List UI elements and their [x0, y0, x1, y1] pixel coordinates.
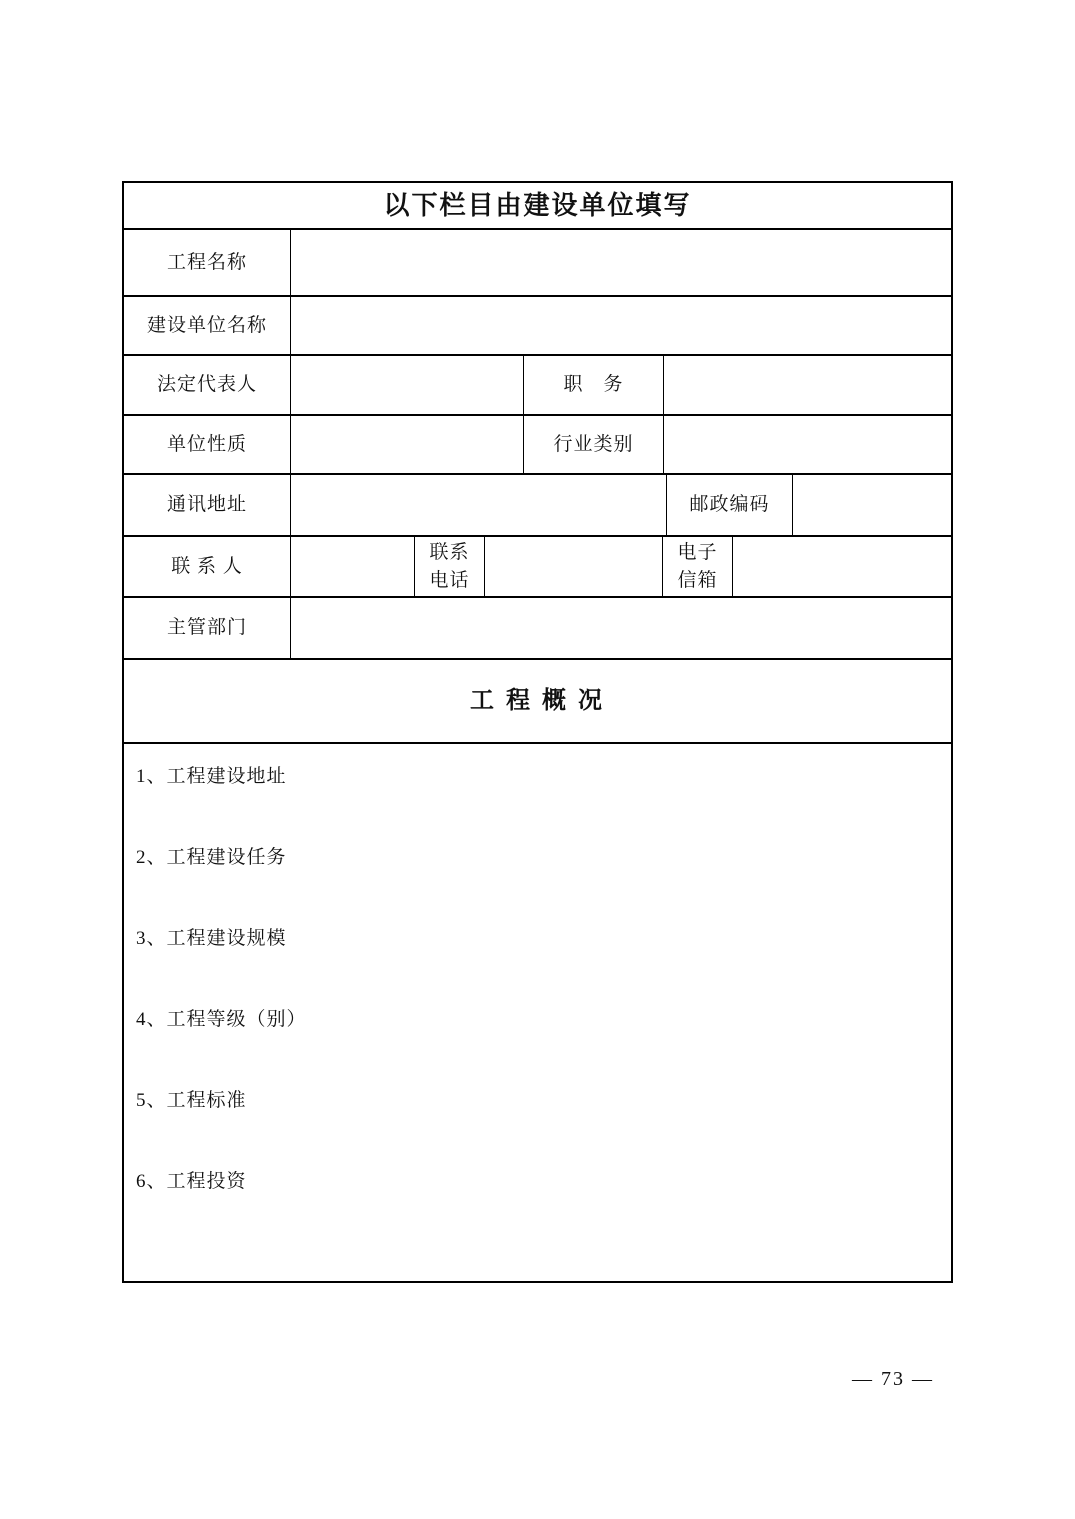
overview-header-row: 工 程 概 况: [124, 658, 951, 742]
page-number: — 73 —: [828, 1368, 958, 1391]
mailing-address-value-cell: [290, 475, 666, 535]
overview-item-4: 4、工程等级（别）: [136, 1009, 937, 1090]
contact-phone-label: 联系 电话: [414, 537, 484, 596]
supervising-department-label: 主管部门: [124, 598, 290, 658]
overview-item-5: 5、工程标准: [136, 1090, 937, 1171]
construction-unit-label: 建设单位名称: [124, 297, 290, 354]
contact-phone-label-line2: 电话: [429, 567, 469, 595]
overview-body-row: 1、工程建设地址 2、工程建设任务 3、工程建设规模 4、工程等级（别） 5、工…: [124, 742, 951, 1281]
contact-phone-label-line1: 联系: [429, 539, 469, 567]
legal-representative-value-cell: [290, 356, 523, 414]
industry-category-label: 行业类别: [523, 416, 663, 473]
unit-nature-row: 单位性质 行业类别: [124, 414, 951, 473]
contact-row: 联 系 人 联系 电话 电子 信箱: [124, 535, 951, 596]
email-value-cell: [732, 537, 951, 596]
email-label-line2: 信箱: [677, 567, 717, 595]
legal-representative-label: 法定代表人: [124, 356, 290, 414]
postal-code-value-cell: [792, 475, 951, 535]
table-title: 以下栏目由建设单位填写: [124, 183, 951, 228]
overview-item-3: 3、工程建设规模: [136, 928, 937, 1009]
construction-unit-form-table: 以下栏目由建设单位填写 工程名称 建设单位名称 法定代表人 职 务 单位性质 行…: [122, 181, 953, 1283]
overview-item-1: 1、工程建设地址: [136, 766, 937, 847]
project-name-value-cell: [290, 230, 951, 295]
table-title-row: 以下栏目由建设单位填写: [124, 183, 951, 228]
unit-nature-value-cell: [290, 416, 523, 473]
construction-unit-row: 建设单位名称: [124, 295, 951, 354]
project-name-row: 工程名称: [124, 228, 951, 295]
position-label: 职 务: [523, 356, 663, 414]
overview-body-cell: 1、工程建设地址 2、工程建设任务 3、工程建设规模 4、工程等级（别） 5、工…: [124, 744, 951, 1281]
construction-unit-value-cell: [290, 297, 951, 354]
supervising-department-row: 主管部门: [124, 596, 951, 658]
industry-category-value-cell: [663, 416, 951, 473]
postal-code-label: 邮政编码: [666, 475, 792, 535]
unit-nature-label: 单位性质: [124, 416, 290, 473]
contact-person-value-cell: [290, 537, 414, 596]
project-name-label: 工程名称: [124, 230, 290, 295]
legal-representative-row: 法定代表人 职 务: [124, 354, 951, 414]
overview-item-6: 6、工程投资: [136, 1171, 937, 1252]
email-label-line1: 电子: [677, 539, 717, 567]
contact-phone-value-cell: [484, 537, 662, 596]
document-page: 以下栏目由建设单位填写 工程名称 建设单位名称 法定代表人 职 务 单位性质 行…: [0, 0, 1075, 1519]
contact-person-label: 联 系 人: [124, 537, 290, 596]
position-value-cell: [663, 356, 951, 414]
overview-header: 工 程 概 况: [124, 660, 951, 742]
overview-item-2: 2、工程建设任务: [136, 847, 937, 928]
supervising-department-value-cell: [290, 598, 951, 658]
email-label: 电子 信箱: [662, 537, 732, 596]
mailing-address-label: 通讯地址: [124, 475, 290, 535]
mailing-address-row: 通讯地址 邮政编码: [124, 473, 951, 535]
